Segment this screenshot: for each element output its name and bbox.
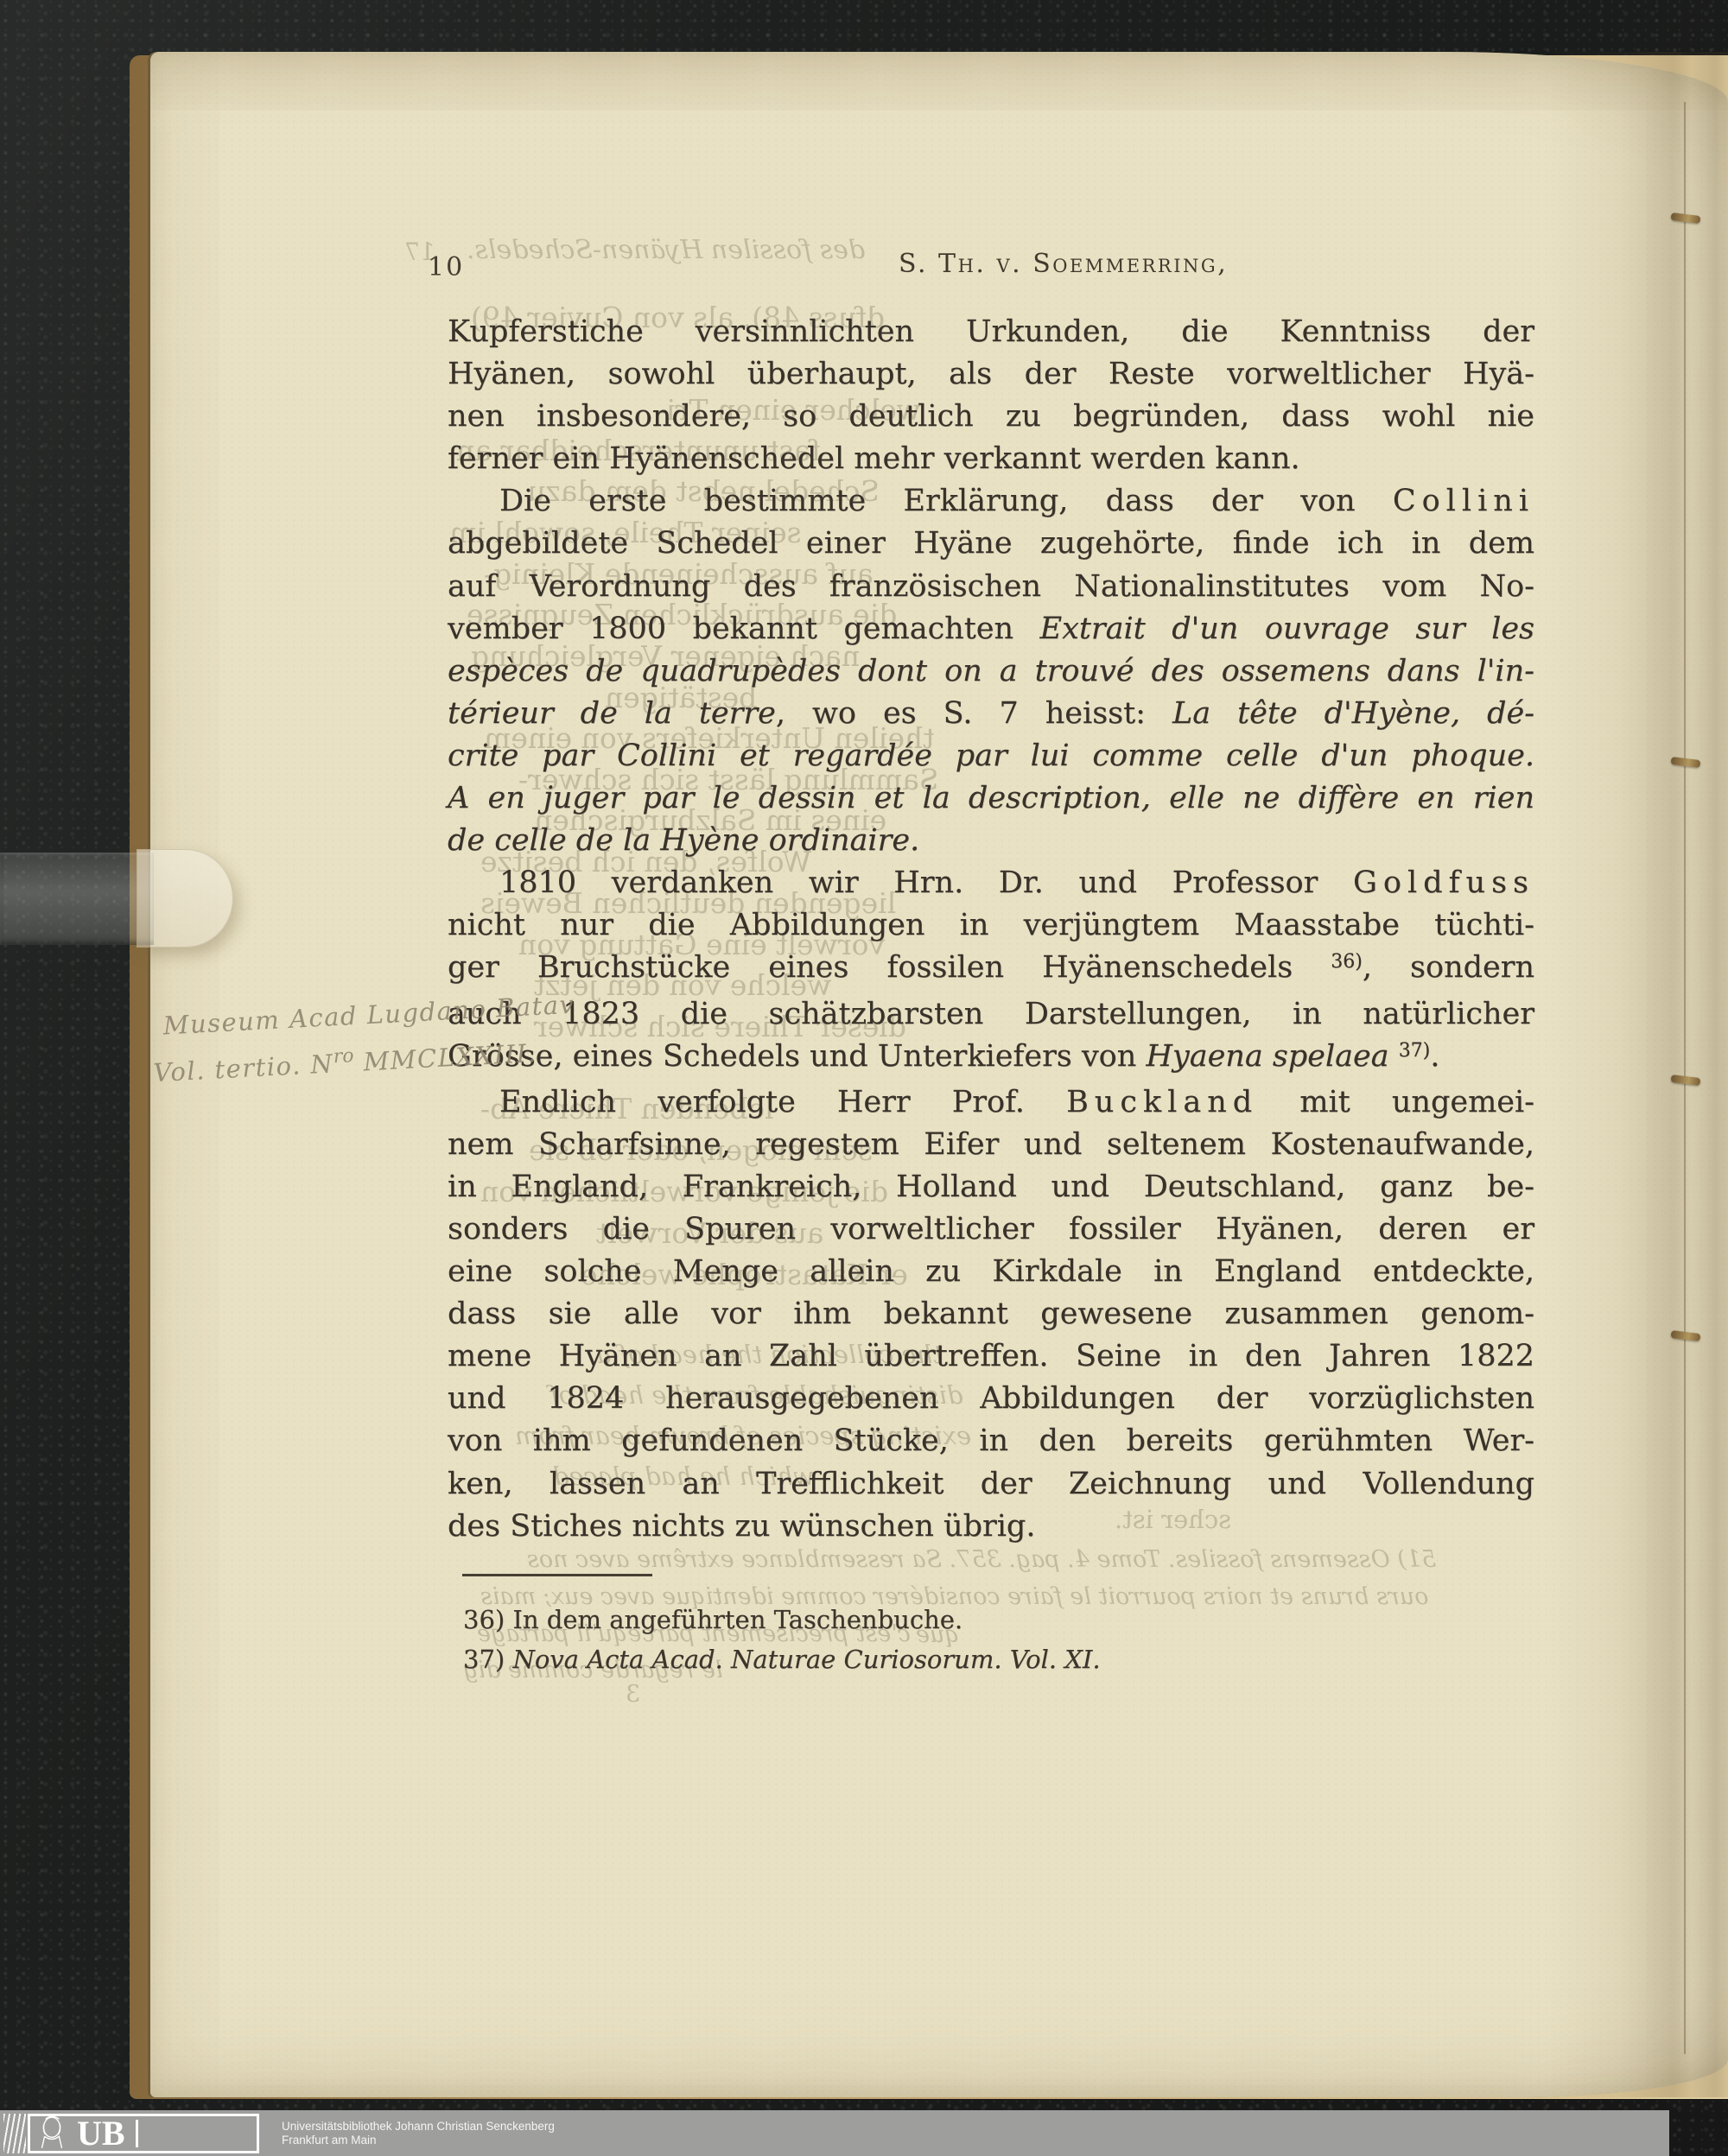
page-holder-clip: [137, 849, 233, 948]
body-text-line: von ihm gefundenen Stücke, in den bereit…: [448, 1420, 1534, 1462]
body-text-line: dass sie alle vor ihm bekannt gewesene z…: [448, 1293, 1534, 1335]
body-text-line: de celle de la Hyène ordinaire.: [448, 820, 1534, 862]
library-logo-spines-icon: [3, 2114, 26, 2153]
footnote-separator-rule: [462, 1574, 652, 1576]
library-city: Frankfurt am Main: [282, 2134, 555, 2147]
library-logo-box: UB: [28, 2114, 259, 2153]
body-text-line: ger Bruchstücke eines fossilen Hyänensch…: [448, 947, 1534, 992]
body-text-line: A en juger par le dessin et la descripti…: [448, 777, 1534, 820]
body-text-line: des Stiches nichts zu wünschen übrig.: [448, 1506, 1534, 1548]
body-text-column: Kupferstiche versinnlichten Urkunden, di…: [448, 311, 1534, 1548]
body-text-line: vember 1800 bekannt gemachten Extrait d'…: [448, 608, 1534, 650]
body-text-line: auch 1823 die schätzbarsten Darstellunge…: [448, 993, 1534, 1036]
body-text-line: térieur de la terre, wo es S. 7 heisst: …: [448, 693, 1534, 735]
running-header: S. Th. v. Soemmerring,: [899, 249, 1228, 279]
page-number: 10: [428, 252, 464, 282]
body-text-line: ferner ein Hyänenschedel mehr verkannt w…: [448, 438, 1534, 480]
footnote: 36) In dem angeführten Taschenbuche.: [463, 1600, 1101, 1639]
body-text-line: crite par Collini et regardée par lui co…: [448, 735, 1534, 777]
body-text-line: nem Scharfsinne, regestem Eifer und selt…: [448, 1124, 1534, 1166]
body-text-line: ken, lassen an Trefflichkeit der Zeichnu…: [448, 1463, 1534, 1506]
footnotes: 36) In dem angeführten Taschenbuche.37) …: [463, 1600, 1101, 1679]
body-text-line: sonders die Spuren vorweltlicher fossile…: [448, 1208, 1534, 1251]
body-text-line: Grösse, eines Schedels und Unterkiefers …: [448, 1036, 1534, 1081]
body-text-line: Die erste bestimmte Erklärung, dass der …: [448, 480, 1534, 523]
body-text-line: und 1824 herausgegebenen Abbildungen der…: [448, 1378, 1534, 1420]
body-text-line: 1810 verdanken wir Hrn. Dr. und Professo…: [448, 862, 1534, 904]
ub-logo-text: UB: [77, 2116, 125, 2151]
library-banner: UB Universitätsbibliothek Johann Christi…: [0, 2110, 1669, 2156]
library-name: Universitätsbibliothek Johann Christian …: [282, 2120, 555, 2134]
body-text-line: auf Verordnung des französischen Nationa…: [448, 566, 1534, 608]
library-caption: Universitätsbibliothek Johann Christian …: [282, 2120, 555, 2147]
body-text-line: in England, Frankreich, Holland und Deut…: [448, 1166, 1534, 1208]
logo-divider: [136, 2120, 138, 2147]
body-text-line: eine solche Menge allein zu Kirkdale in …: [448, 1251, 1534, 1293]
body-text-line: abgebildete Schedel einer Hyäne zugehört…: [448, 523, 1534, 565]
book-scan-background: des fossilen Hyänen-Schedels.17dfuss 48)…: [0, 0, 1728, 2156]
body-text-line: Kupferstiche versinnlichten Urkunden, di…: [448, 311, 1534, 353]
footnote: 37) Nova Acta Acad. Naturae Curiosorum. …: [463, 1639, 1101, 1679]
body-text-line: espèces de quadrupèdes dont on a trouvé …: [448, 650, 1534, 693]
body-text-line: nicht nur die Abbildungen in verjüngtem …: [448, 904, 1534, 947]
page-holder-clip-shadow: [0, 853, 154, 945]
body-text-line: mene Hyänen an Zahl übertreffen. Seine i…: [448, 1335, 1534, 1378]
senckenberg-portrait-icon: [34, 2113, 70, 2153]
body-text-line: nen insbesondere, so deutlich zu begründ…: [448, 396, 1534, 438]
body-text-line: Endlich verfolgte Herr Prof. Buckland mi…: [448, 1081, 1534, 1124]
body-text-line: Hyänen, sowohl überhaupt, als der Reste …: [448, 353, 1534, 396]
